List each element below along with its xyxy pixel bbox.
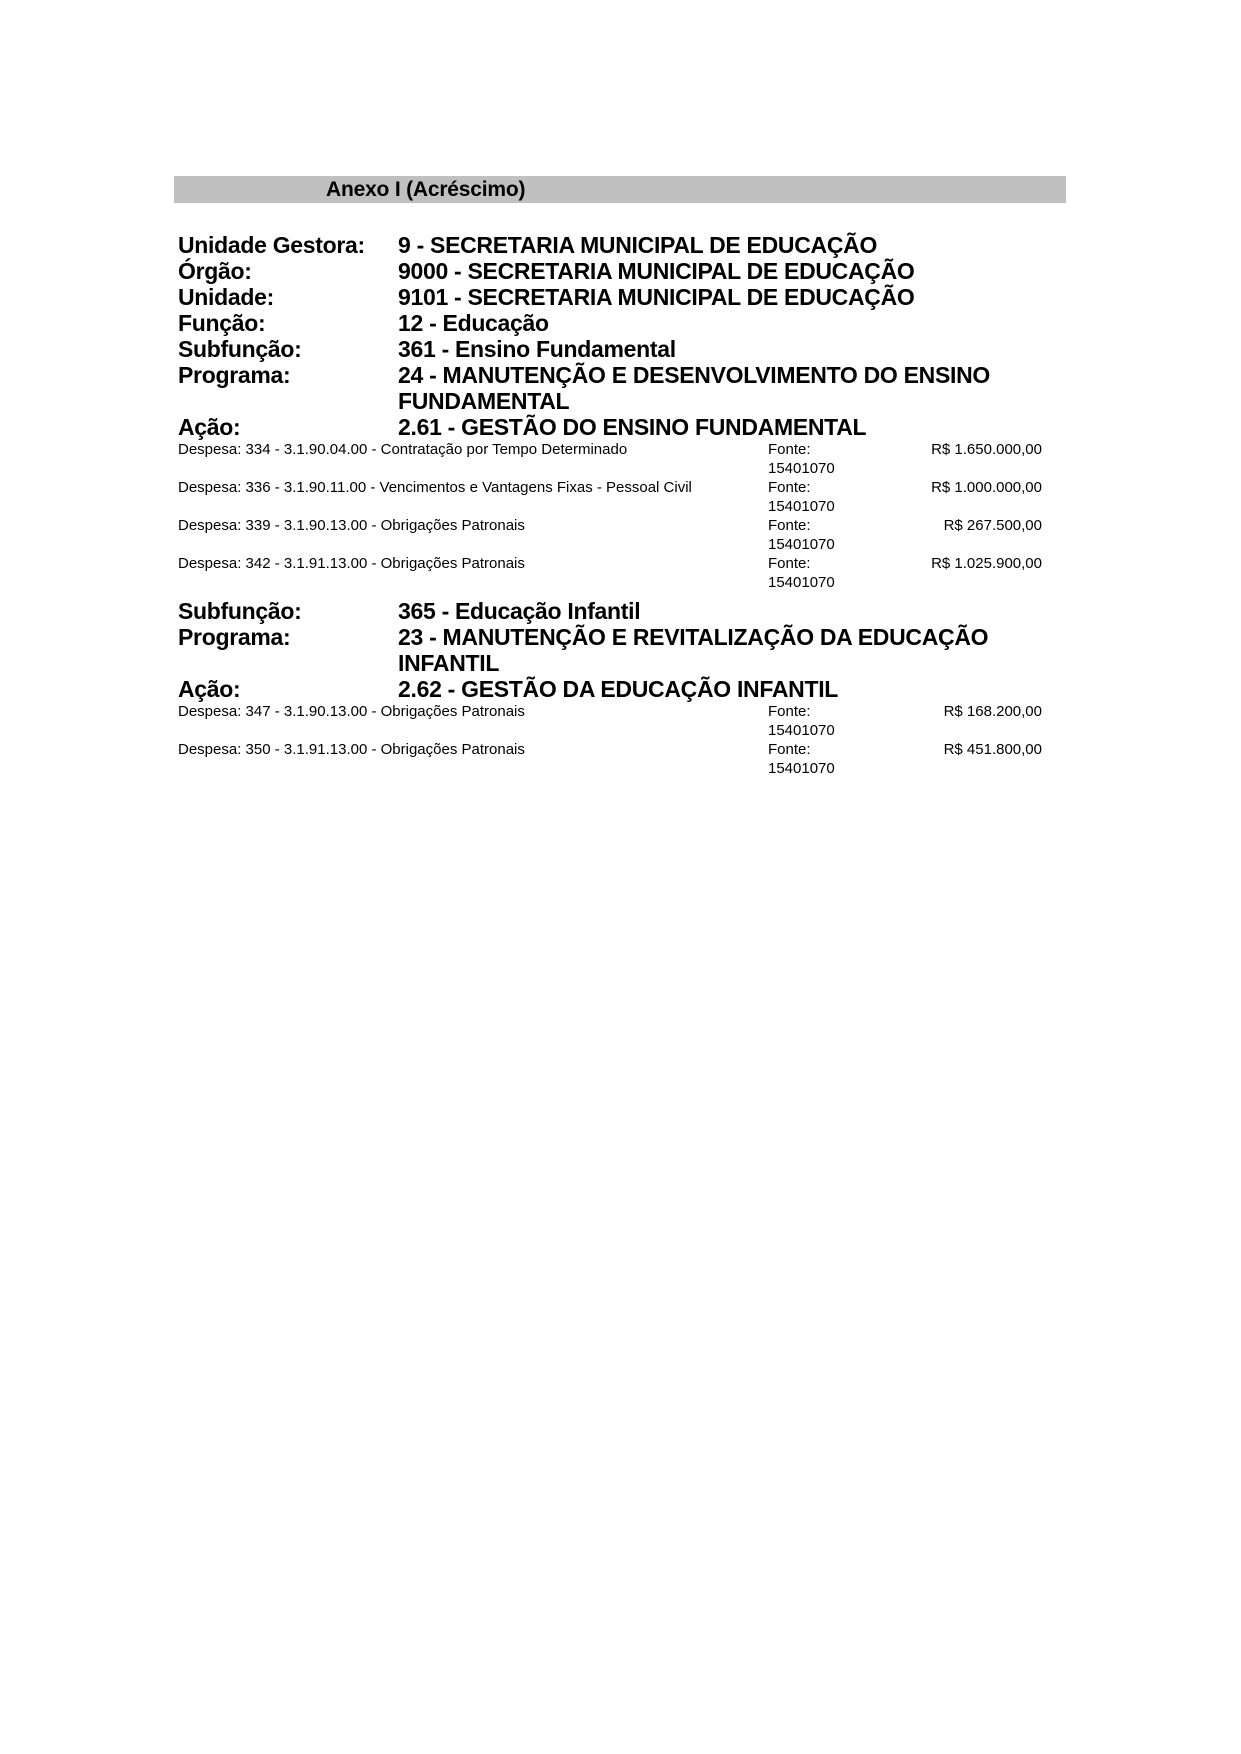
despesa-amount: R$ 1.025.900,00 [848, 554, 1042, 592]
field-value: 9101 - SECRETARIA MUNICIPAL DE EDUCAÇÃO [398, 284, 1048, 310]
despesa-description: Despesa: 336 - 3.1.90.11.00 - Vencimento… [178, 478, 768, 516]
field-value: 23 - MANUTENÇÃO E REVITALIZAÇÃO DA EDUCA… [398, 624, 1048, 676]
despesa-description: Despesa: 334 - 3.1.90.04.00 - Contrataçã… [178, 440, 768, 478]
field-orgao: Órgão: 9000 - SECRETARIA MUNICIPAL DE ED… [178, 258, 1048, 284]
despesa-amount: R$ 168.200,00 [848, 702, 1042, 740]
field-label: Subfunção: [178, 598, 398, 624]
field-value: 24 - MANUTENÇÃO E DESENVOLVIMENTO DO ENS… [398, 362, 1048, 414]
despesa-row: Despesa: 350 - 3.1.91.13.00 - Obrigações… [178, 740, 1048, 778]
field-unidade-gestora: Unidade Gestora: 9 - SECRETARIA MUNICIPA… [178, 232, 1048, 258]
despesa-row: Despesa: 339 - 3.1.90.13.00 - Obrigações… [178, 516, 1048, 554]
despesa-description: Despesa: 342 - 3.1.91.13.00 - Obrigações… [178, 554, 768, 592]
despesa-row: Despesa: 336 - 3.1.90.11.00 - Vencimento… [178, 478, 1048, 516]
despesa-fonte: Fonte: 15401070 [768, 740, 848, 778]
field-value: 361 - Ensino Fundamental [398, 336, 1048, 362]
despesa-description: Despesa: 347 - 3.1.90.13.00 - Obrigações… [178, 702, 768, 740]
despesa-fonte: Fonte: 15401070 [768, 440, 848, 478]
despesa-amount: R$ 1.000.000,00 [848, 478, 1042, 516]
title-bar: Anexo I (Acréscimo) [174, 176, 1066, 203]
field-label: Subfunção: [178, 336, 398, 362]
field-acao: Ação: 2.62 - GESTÃO DA EDUCAÇÃO INFANTIL [178, 676, 1048, 702]
despesa-amount: R$ 451.800,00 [848, 740, 1042, 778]
field-value: 12 - Educação [398, 310, 1048, 336]
field-acao: Ação: 2.61 - GESTÃO DO ENSINO FUNDAMENTA… [178, 414, 1048, 440]
field-subfuncao: Subfunção: 365 - Educação Infantil [178, 598, 1048, 624]
field-label: Órgão: [178, 258, 398, 284]
field-value: 9 - SECRETARIA MUNICIPAL DE EDUCAÇÃO [398, 232, 1048, 258]
field-value: 2.61 - GESTÃO DO ENSINO FUNDAMENTAL [398, 414, 1048, 440]
field-label: Programa: [178, 624, 398, 676]
field-label: Ação: [178, 676, 398, 702]
field-programa: Programa: 24 - MANUTENÇÃO E DESENVOLVIME… [178, 362, 1048, 414]
despesa-fonte: Fonte: 15401070 [768, 702, 848, 740]
document-page: Anexo I (Acréscimo) Unidade Gestora: 9 -… [0, 0, 1241, 1754]
field-programa: Programa: 23 - MANUTENÇÃO E REVITALIZAÇÃ… [178, 624, 1048, 676]
despesa-row: Despesa: 342 - 3.1.91.13.00 - Obrigações… [178, 554, 1048, 592]
despesa-description: Despesa: 350 - 3.1.91.13.00 - Obrigações… [178, 740, 768, 778]
field-label: Unidade: [178, 284, 398, 310]
field-value: 2.62 - GESTÃO DA EDUCAÇÃO INFANTIL [398, 676, 1048, 702]
field-unidade: Unidade: 9101 - SECRETARIA MUNICIPAL DE … [178, 284, 1048, 310]
despesa-row: Despesa: 334 - 3.1.90.04.00 - Contrataçã… [178, 440, 1048, 478]
field-value: 365 - Educação Infantil [398, 598, 1048, 624]
field-label: Função: [178, 310, 398, 336]
despesa-fonte: Fonte: 15401070 [768, 478, 848, 516]
field-label: Programa: [178, 362, 398, 414]
field-label: Ação: [178, 414, 398, 440]
despesa-row: Despesa: 347 - 3.1.90.13.00 - Obrigações… [178, 702, 1048, 740]
despesa-fonte: Fonte: 15401070 [768, 516, 848, 554]
despesa-amount: R$ 1.650.000,00 [848, 440, 1042, 478]
despesa-description: Despesa: 339 - 3.1.90.13.00 - Obrigações… [178, 516, 768, 554]
field-value: 9000 - SECRETARIA MUNICIPAL DE EDUCAÇÃO [398, 258, 1048, 284]
document-content: Unidade Gestora: 9 - SECRETARIA MUNICIPA… [178, 232, 1048, 778]
despesa-fonte: Fonte: 15401070 [768, 554, 848, 592]
field-funcao: Função: 12 - Educação [178, 310, 1048, 336]
document-title: Anexo I (Acréscimo) [326, 176, 525, 203]
field-label: Unidade Gestora: [178, 232, 398, 258]
despesa-amount: R$ 267.500,00 [848, 516, 1042, 554]
field-subfuncao: Subfunção: 361 - Ensino Fundamental [178, 336, 1048, 362]
